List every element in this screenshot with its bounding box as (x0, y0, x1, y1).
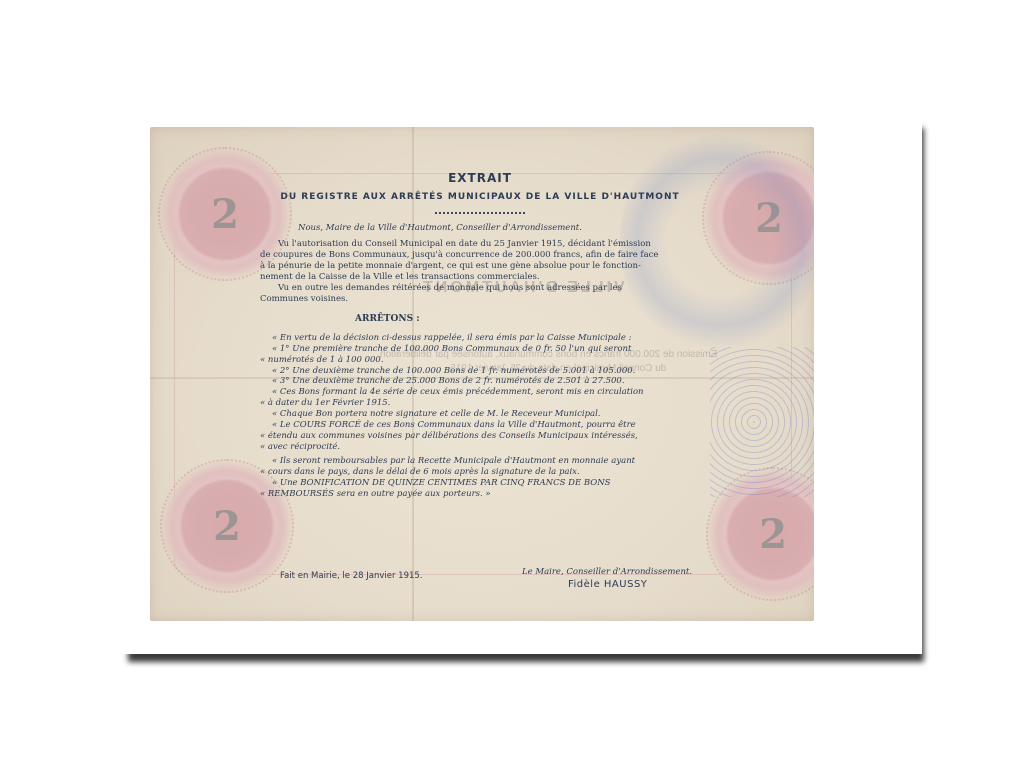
place-date: Fait en Mairie, le 28 Janvier 1915. (280, 571, 423, 581)
article-line: « numérotés de 1 à 100 000. (260, 355, 384, 365)
article-line: « à dater du 1er Février 1915. (260, 398, 390, 408)
intro-line: Nous, Maire de la Ville d'Hautmont, Cons… (298, 223, 582, 233)
article-line: « En vertu de la décision ci-dessus rapp… (272, 333, 632, 343)
blue-ink-speckle (710, 347, 814, 497)
banknote: 2 2 2 2 VILLE D'HAUTMONT Emission de 200… (150, 127, 814, 621)
subheading: DU REGISTRE AUX ARRÊTÉS MUNICIPAUX DE LA… (200, 192, 760, 202)
article-line: « Ces Bons formant la 4e série de ceux é… (272, 387, 644, 397)
article-line: « étendu aux communes voisines par délib… (260, 431, 638, 441)
article-line: « cours dans le pays, dans le délai de 6… (260, 467, 580, 477)
signatory-name: Fidèle HAUSSY (568, 579, 647, 590)
preamble-line: nement de la Caisse de la Ville et les t… (260, 272, 540, 282)
preamble-line: Communes voisines. (260, 294, 348, 304)
signatory-title: Le Maire, Conseiller d'Arrondissement. (522, 567, 692, 577)
preamble-line: de coupures de Bons Communaux, jusqu'à c… (260, 250, 658, 260)
article-line: « REMBOURSÉS sera en outre payée aux por… (260, 489, 491, 499)
article-line: « 2° Une deuxième tranche de 100.000 Bon… (272, 366, 635, 376)
heading: EXTRAIT (260, 171, 700, 185)
article-line: « Le COURS FORCÉ de ces Bons Communaux d… (272, 420, 636, 430)
article-line: « Une BONIFICATION DE QUINZE CENTIMES PA… (272, 478, 610, 488)
article-line: « 3° Une deuxième tranche de 25.000 Bons… (272, 376, 625, 386)
article-line: « Ils seront remboursables par la Recett… (272, 456, 635, 466)
preamble-line: à la pénurie de la petite monnaie d'arge… (260, 261, 641, 271)
preamble-line: Vu en outre les demandes réitérées de mo… (278, 283, 622, 293)
arretons-label: ARRÊTONS : (355, 314, 420, 324)
article-line: « avec réciprocité. (260, 442, 340, 452)
article-line: « 1° Une première tranche de 100.000 Bon… (272, 344, 631, 354)
preamble-line: Vu l'autorisation du Conseil Municipal e… (278, 239, 651, 249)
divider-ornament (435, 208, 525, 214)
article-line: « Chaque Bon portera notre signature et … (272, 409, 601, 419)
